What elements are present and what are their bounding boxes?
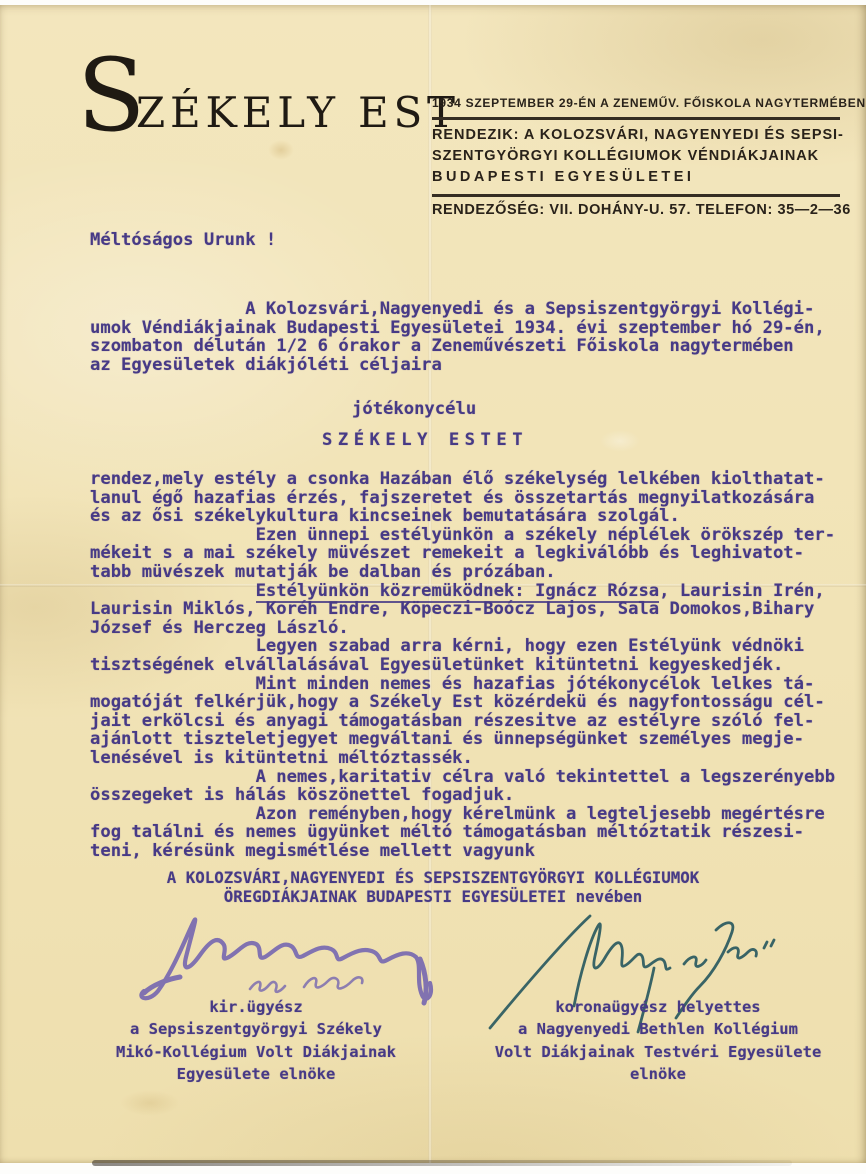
closing-organization-lines: A KOLOZSVÁRI,NAGYENYEDI ÉS SEPSISZENTGYÖ…: [0, 868, 866, 906]
signature-right-title-block: koronaügyész helyettesa Nagyenyedi Bethl…: [478, 996, 838, 1086]
letterhead-info-block: 1934 SZEPTEMBER 29-ÉN A ZENEMŰV. FŐISKOL…: [432, 96, 840, 218]
scanned-letter-page: { "letterhead": { "title": "SZÉKELY EST"…: [0, 0, 866, 1174]
event-date-venue-line: 1934 SZEPTEMBER 29-ÉN A ZENEMŰV. FŐISKOL…: [432, 96, 840, 110]
organizers-lines: RENDEZIK: A KOLOZSVÁRI, NAGYENYEDI ÉS SE…: [432, 125, 840, 188]
signature-left-title-block: kir.ügyésza Sepsiszentgyörgyi SzékelyMik…: [96, 996, 416, 1086]
main-body-paragraphs: rendez,mely estély a csonka Hazában élő …: [90, 470, 835, 860]
heading-szekely-estet: SZÉKELY ESTET: [322, 430, 528, 450]
scan-edge-shadow: [92, 1160, 792, 1166]
intro-paragraph: A Kolozsvári,Nagyenyedi és a Sepsiszentg…: [90, 300, 825, 374]
letterhead-rule: [432, 117, 840, 120]
masthead-title-rest: ZÉKELY EST: [136, 92, 460, 134]
office-address-line: RENDEZŐSÉG: VII. DOHÁNY-U. 57. TELEFON: …: [432, 202, 840, 218]
heading-charitable: jótékonycélu: [352, 399, 476, 419]
salutation: Méltóságos Urunk !: [90, 230, 276, 250]
letterhead-rule: [432, 194, 840, 197]
